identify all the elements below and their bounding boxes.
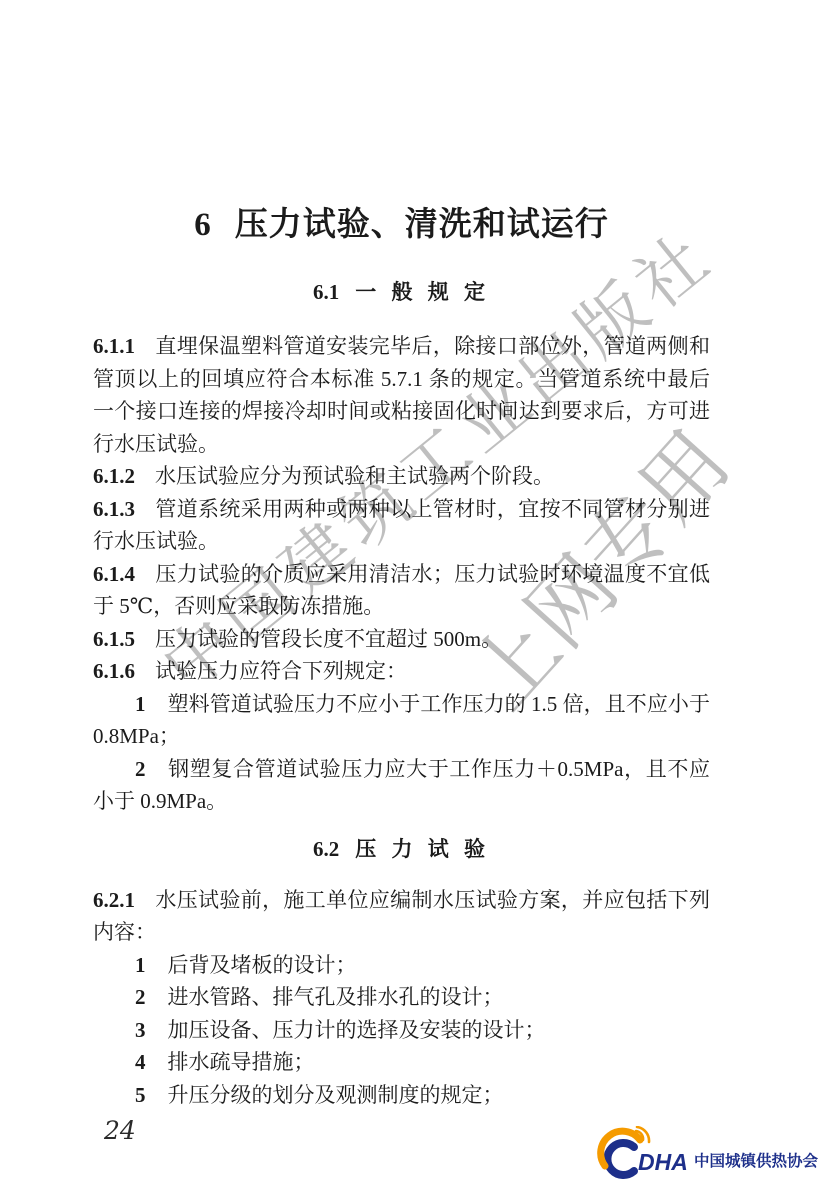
subitem-6-2-1-3: 3加压设备、压力计的选择及安装的设计； [93, 1014, 710, 1047]
section-number: 6.1 [313, 280, 339, 304]
subitem-number: 5 [135, 1083, 146, 1107]
section-heading-6-2: 6.2压 力 试 验 [93, 834, 710, 864]
clause-6-1-2: 6.1.2水压试验应分为预试验和主试验两个阶段。 [93, 460, 710, 493]
subitem-6-2-1-2: 2进水管路、排气孔及排水孔的设计； [93, 981, 710, 1014]
clause-text: 水压试验应分为预试验和主试验两个阶段。 [155, 464, 554, 488]
clause-6-1-5: 6.1.5压力试验的管段长度不宜超过 500m。 [93, 623, 710, 656]
section-number: 6.2 [313, 837, 339, 861]
clause-text: 直埋保温塑料管道安装完毕后，除接口部位外，管道两侧和管顶以上的回填应符合本标准 … [93, 334, 710, 456]
clause-text: 水压试验前，施工单位应编制水压试验方案，并应包括下列内容： [93, 888, 710, 945]
clause-number: 6.1.5 [93, 627, 135, 651]
association-logo: DHA 中国城镇供热协会 [596, 1126, 821, 1180]
subitem-6-1-6-1: 1塑料管道试验压力不应小于工作压力的 1.5 倍，且不应小于 0.8MPa； [93, 688, 710, 753]
logo-c-mark [607, 1143, 634, 1175]
subitem-text: 塑料管道试验压力不应小于工作压力的 1.5 倍，且不应小于 0.8MPa； [93, 692, 710, 749]
subitem-number: 2 [135, 985, 146, 1009]
subitem-number: 2 [135, 757, 146, 781]
subitem-number: 1 [135, 953, 146, 977]
page-number: 24 [104, 1116, 136, 1145]
subitem-number: 1 [135, 692, 146, 716]
clause-text: 管道系统采用两种或两种以上管材时，宜按不同管材分别进行水压试验。 [93, 497, 710, 554]
subitem-text: 进水管路、排气孔及排水孔的设计； [168, 985, 504, 1009]
clause-number: 6.2.1 [93, 888, 135, 912]
section-title: 一 般 规 定 [355, 280, 490, 304]
clause-text: 试验压力应符合下列规定： [155, 659, 407, 683]
chapter-title: 压力试验、清洗和试运行 [235, 207, 609, 243]
clause-6-1-1: 6.1.1直埋保温塑料管道安装完毕后，除接口部位外，管道两侧和管顶以上的回填应符… [93, 330, 710, 460]
subitem-text: 后背及堵板的设计； [168, 953, 357, 977]
clause-6-2-1: 6.2.1水压试验前，施工单位应编制水压试验方案，并应包括下列内容： [93, 884, 710, 949]
subitem-text: 加压设备、压力计的选择及安装的设计； [168, 1018, 546, 1042]
logo-acronym: DHA [638, 1149, 688, 1175]
clause-6-1-6: 6.1.6试验压力应符合下列规定： [93, 655, 710, 688]
clause-number: 6.1.4 [93, 562, 135, 586]
clause-6-1-4: 6.1.4压力试验的介质应采用清洁水；压力试验时环境温度不宜低于 5℃，否则应采… [93, 558, 710, 623]
subitem-6-2-1-5: 5升压分级的划分及观测制度的规定； [93, 1079, 710, 1112]
subitem-text: 升压分级的划分及观测制度的规定； [168, 1083, 504, 1107]
chapter-heading: 6压力试验、清洗和试运行 [93, 0, 710, 247]
clause-number: 6.1.3 [93, 497, 135, 521]
section-title: 压 力 试 验 [355, 837, 490, 861]
subitem-6-2-1-1: 1后背及堵板的设计； [93, 949, 710, 982]
section-heading-6-1: 6.1一 般 规 定 [93, 277, 710, 307]
subitem-text: 排水疏导措施； [168, 1050, 315, 1074]
text-column: 6压力试验、清洗和试运行 6.1一 般 规 定 6.1.1直埋保温塑料管道安装完… [93, 0, 710, 1111]
subitem-text: 钢塑复合管道试验压力应大于工作压力＋0.5MPa，且不应小于 0.9MPa。 [93, 757, 710, 814]
subitem-6-1-6-2: 2钢塑复合管道试验压力应大于工作压力＋0.5MPa，且不应小于 0.9MPa。 [93, 753, 710, 818]
clause-number: 6.1.2 [93, 464, 135, 488]
logo-association-name: 中国城镇供热协会 [694, 1151, 819, 1170]
subitem-number: 3 [135, 1018, 146, 1042]
subitem-6-2-1-4: 4排水疏导措施； [93, 1046, 710, 1079]
document-page: 中国建筑工业出版社 上网专用 6压力试验、清洗和试运行 6.1一 般 规 定 6… [0, 0, 827, 1198]
subitem-number: 4 [135, 1050, 146, 1074]
clause-text: 压力试验的管段长度不宜超过 500m。 [155, 627, 502, 651]
clause-text: 压力试验的介质应采用清洁水；压力试验时环境温度不宜低于 5℃，否则应采取防冻措施… [93, 562, 710, 619]
clause-number: 6.1.1 [93, 334, 135, 358]
clause-6-1-3: 6.1.3管道系统采用两种或两种以上管材时，宜按不同管材分别进行水压试验。 [93, 493, 710, 558]
chapter-number: 6 [194, 207, 211, 243]
clause-number: 6.1.6 [93, 659, 135, 683]
